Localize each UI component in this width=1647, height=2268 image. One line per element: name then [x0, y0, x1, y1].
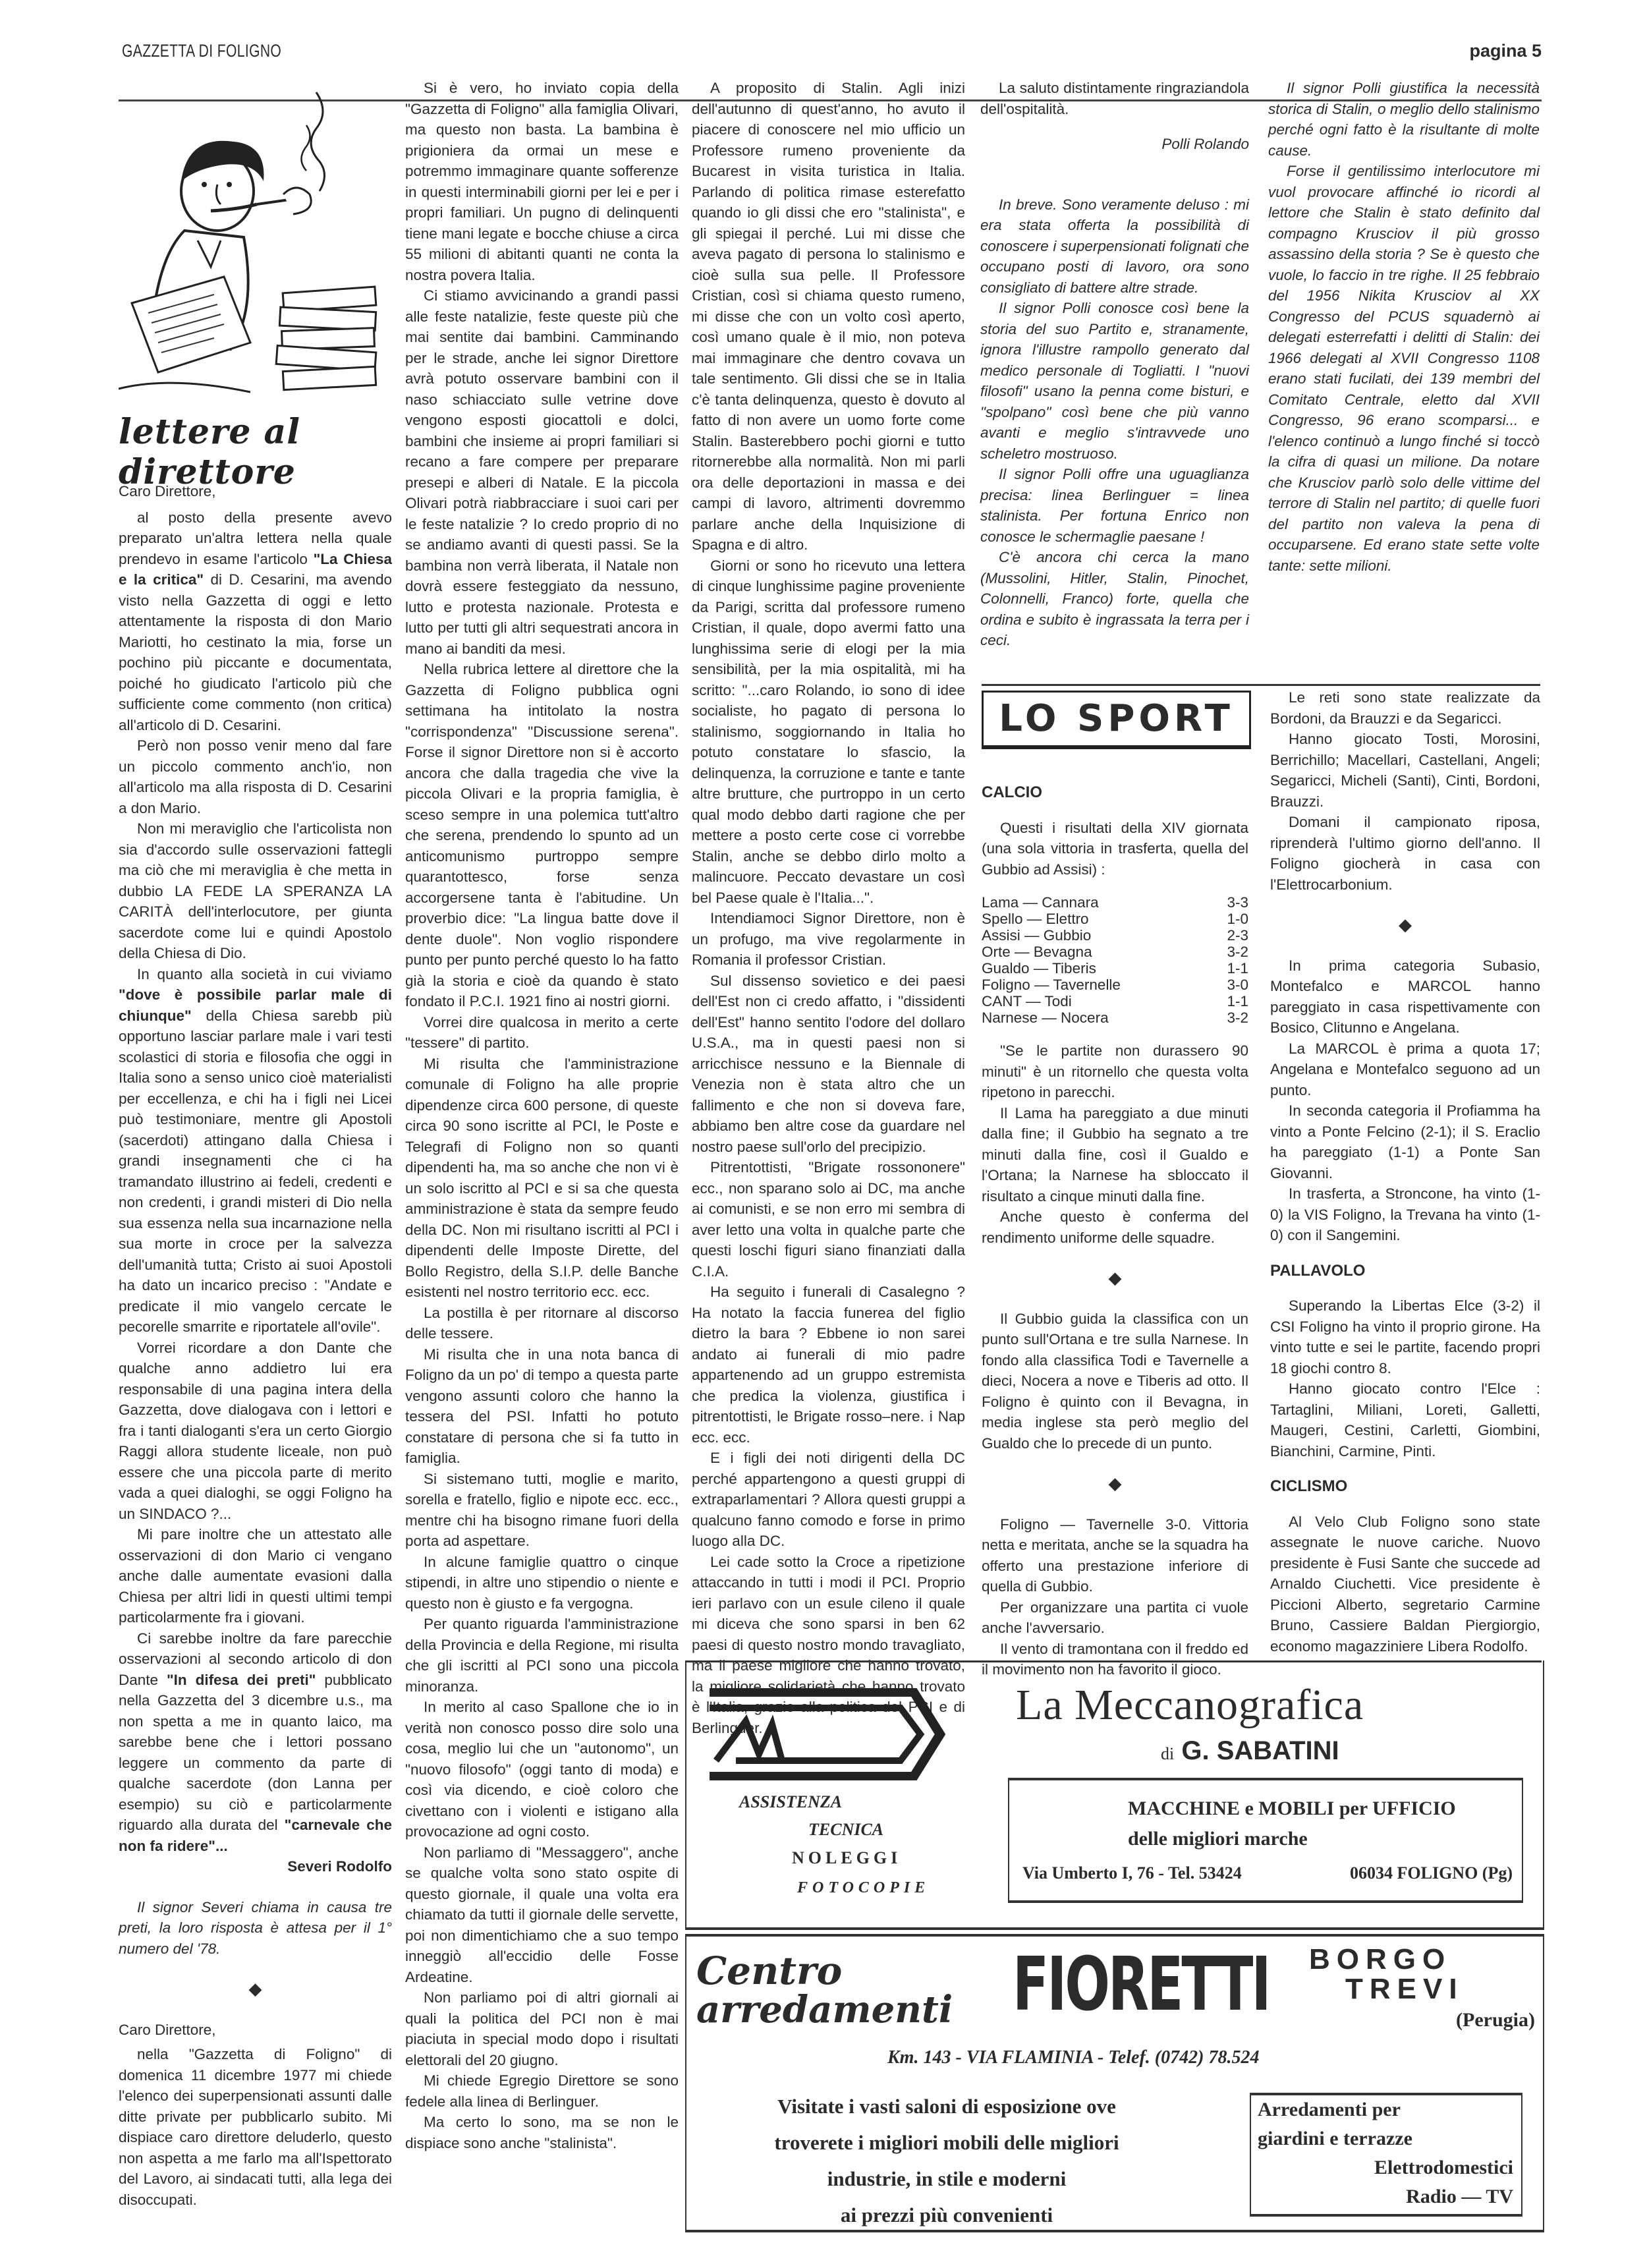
letter2-paragraph: A proposito di Stalin. Agli inizi dell'a…: [692, 78, 965, 555]
match-score: 1-1: [1213, 993, 1248, 1009]
match-teams: Assisi — Gubbio: [982, 927, 1213, 944]
match-score: 1-0: [1213, 911, 1248, 927]
ad-city: 06034 FOLIGNO (Pg): [1350, 1863, 1513, 1883]
letter1-paragraph: al posto della presente avevo preparato …: [119, 507, 392, 736]
ad-centro: Centro: [696, 1948, 842, 1993]
match-score: 3-0: [1213, 977, 1248, 993]
sport-paragraph: Il Lama ha pareggiato a due minuti dalla…: [982, 1103, 1248, 1207]
sport-column-1: CALCIO Questi i risultati della XIV gior…: [982, 768, 1248, 1680]
letter1-paragraph: Mi pare inoltre che un attestato alle os…: [119, 1524, 392, 1628]
match-teams: Gualdo — Tiberis: [982, 960, 1213, 977]
sport-paragraph: Al Velo Club Foligno sono state assegnat…: [1270, 1512, 1540, 1657]
result-row: Assisi — Gubbio2-3: [982, 927, 1248, 944]
sport-paragraph: Hanno giocato Tosti, Morosini, Berrichil…: [1270, 729, 1540, 812]
sport-paragraph: Il Gubbio guida la classifica con un pun…: [982, 1309, 1248, 1454]
column-4-top: La saluto distintamente ringraziandola d…: [980, 78, 1249, 651]
reply-paragraph: In breve. Sono veramente deluso : mi era…: [980, 194, 1249, 298]
letter1-paragraph: Vorrei ricordare a don Dante che qualche…: [119, 1338, 392, 1525]
separator-diamond: ◆: [1270, 915, 1540, 936]
ad-owner: di G. SABATINI: [1161, 1736, 1339, 1766]
sport-section-banner: LO SPORT: [982, 691, 1251, 749]
sport-paragraph: Per organizzare una partita ci vuole anc…: [982, 1597, 1248, 1639]
service-assistenza: ASSISTENZA: [739, 1792, 842, 1812]
masthead: GAZZETTA DI FOLIGNO pagina 5: [119, 38, 1542, 65]
letter1-signature: Severi Rodolfo: [119, 1856, 392, 1877]
ad-line1: MACCHINE e MOBILI per UFFICIO: [1128, 1798, 1456, 1820]
match-score: 3-3: [1213, 894, 1248, 911]
section-title-letters: lettere al direttore: [119, 412, 395, 492]
result-row: Orte — Bevagna3-2: [982, 944, 1248, 960]
match-teams: Foligno — Tavernelle: [982, 977, 1213, 993]
separator-diamond: ◆: [982, 1473, 1248, 1494]
letter2-paragraph: Ci stiamo avvicinando a grandi passi all…: [405, 285, 679, 659]
letter2-paragraph: Mi chiede Egregio Direttore se sono fede…: [405, 2070, 679, 2112]
match-score: 1-1: [1213, 960, 1248, 977]
sport-paragraph: Domani il campionato riposa, riprenderà …: [1270, 812, 1540, 895]
match-teams: Spello — Elettro: [982, 911, 1213, 927]
letter2-paragraph: Ha seguito i funerali di Casalegno ? Ha …: [692, 1282, 965, 1448]
sport-paragraph: La MARCOL è prima a quota 17; Angelana e…: [1270, 1038, 1540, 1101]
letter2-paragraph: In merito al caso Spallone che io in ver…: [405, 1697, 679, 1842]
sport-paragraph: "Se le partite non durassero 90 minuti" …: [982, 1040, 1248, 1103]
ad-trevi: TREVI: [1345, 1973, 1464, 2006]
page-number: pagina 5: [1469, 41, 1542, 61]
ad-address: Via Umberto I, 76 - Tel. 53424: [1022, 1863, 1242, 1883]
letter2-paragraph: Intendiamoci Signor Direttore, non è un …: [692, 908, 965, 971]
sport-paragraph: Hanno giocato contro l'Elce : Tartaglini…: [1270, 1378, 1540, 1461]
ad-brand-fioretti: FIORETTI: [1013, 1942, 1270, 2027]
letter1-paragraph: Ci sarebbe inoltre da fare parecchie oss…: [119, 1628, 392, 1857]
newspaper-title: GAZZETTA DI FOLIGNO: [122, 41, 281, 61]
ad-line2: delle migliori marche: [1128, 1828, 1308, 1850]
letter2-paragraph: Nella rubrica lettere al direttore che l…: [405, 659, 679, 1012]
letter2-paragraph: nella "Gazzetta di Foligno" di domenica …: [119, 2044, 392, 2210]
service-noleggi: NOLEGGI: [792, 1848, 901, 1868]
service-tecnica: TECNICA: [808, 1820, 883, 1840]
letter2-paragraph: Sul dissenso sovietico e dei paesi dell'…: [692, 971, 965, 1158]
letter2-paragraph: La postilla è per ritornare al discorso …: [405, 1303, 679, 1344]
sport-paragraph: In prima categoria Subasio, Montefalco e…: [1270, 955, 1540, 1038]
sport-paragraph: Le reti sono state realizzate da Bordoni…: [1270, 687, 1540, 729]
sport-column-2: Le reti sono state realizzate da Bordoni…: [1270, 687, 1540, 1657]
letter2-paragraph: Pitrentottisti, "Brigate rossononere" ec…: [692, 1157, 965, 1282]
service-fotocopie: FOTOCOPIE: [797, 1879, 930, 1897]
letter2-paragraph: In alcune famiglie quattro o cinque stip…: [405, 1552, 679, 1614]
result-row: Gualdo — Tiberis1-1: [982, 960, 1248, 977]
letter2-paragraph: Si sistemano tutti, moglie e marito, sor…: [405, 1469, 679, 1552]
letter1-paragraph: In quanto alla società in cui viviamo "d…: [119, 964, 392, 1338]
letter2-paragraph: Mi risulta che in una nota banca di Foli…: [405, 1344, 679, 1469]
sport-paragraph: In seconda categoria il Profiamma ha vin…: [1270, 1100, 1540, 1183]
ad-brand-name: La Meccanografica: [1016, 1680, 1364, 1730]
letter2-paragraph: Si è vero, ho inviato copia della "Gazze…: [405, 78, 679, 285]
result-row: Narnese — Nocera3-2: [982, 1009, 1248, 1026]
ad-slogan: Visitate i vasti saloni di esposizione o…: [696, 2088, 1197, 2233]
result-row: Lama — Cannara3-3: [982, 894, 1248, 911]
letter2-paragraph: Per quanto riguarda l'amministrazione de…: [405, 1614, 679, 1697]
sport-paragraph: In trasferta, a Stroncone, ha vinto (1-0…: [1270, 1183, 1540, 1246]
result-row: CANT — Todi1-1: [982, 993, 1248, 1009]
match-teams: Lama — Cannara: [982, 894, 1213, 911]
match-teams: Narnese — Nocera: [982, 1009, 1213, 1026]
letter2-paragraph: Vorrei dire qualcosa in merito a certe "…: [405, 1012, 679, 1054]
letter2-paragraph: Giorni or sono ho ricevuto una lettera d…: [692, 555, 965, 909]
reply-paragraph: C'è ancora chi cerca la mano (Mussolini,…: [980, 547, 1249, 651]
match-teams: CANT — Todi: [982, 993, 1213, 1009]
match-score: 3-2: [1213, 944, 1248, 960]
letter2-paragraph: Non parliamo poi di altri giornali ai qu…: [405, 1987, 679, 2070]
column-5-top: Il signor Polli giustifica la necessità …: [1268, 78, 1540, 576]
letter2-signature: Polli Rolando: [980, 134, 1249, 155]
letter1-paragraph: Però non posso venir meno dal fare un pi…: [119, 735, 392, 818]
ad-fioretti-box: Arredamenti per giardini e terrazze Elet…: [1250, 2093, 1522, 2217]
sport-paragraph: Foligno — Tavernelle 3-0. Vittoria netta…: [982, 1514, 1248, 1597]
sport-paragraph: Superando la Libertas Elce (3-2) il CSI …: [1270, 1295, 1540, 1378]
heading-ciclismo: CICLISMO: [1270, 1476, 1540, 1497]
column-3: A proposito di Stalin. Agli inizi dell'a…: [692, 78, 965, 1738]
meccanografica-logo-icon: [696, 1688, 947, 1780]
sport-paragraph: Questi i risultati della XIV giornata (u…: [982, 818, 1248, 880]
reader-with-letters-illustration: [119, 79, 395, 422]
ad-arredamenti: arredamenti: [696, 1988, 953, 2031]
editor-note: Il signor Severi chiama in causa tre pre…: [119, 1897, 392, 1960]
ad-fioretti: Centro arredamenti FIORETTI BORGO TREVI …: [685, 1934, 1544, 2232]
heading-pallavolo: PALLAVOLO: [1270, 1261, 1540, 1282]
ad-borgo: BORGO: [1309, 1943, 1451, 1976]
letter2-paragraph: E i figli dei noti dirigenti della DC pe…: [692, 1448, 965, 1552]
result-row: Foligno — Tavernelle3-0: [982, 977, 1248, 993]
column-2: Si è vero, ho inviato copia della "Gazze…: [405, 78, 679, 2153]
result-row: Spello — Elettro1-0: [982, 911, 1248, 927]
match-teams: Orte — Bevagna: [982, 944, 1213, 960]
football-results-table: Lama — Cannara3-3Spello — Elettro1-0Assi…: [982, 894, 1248, 1026]
heading-calcio: CALCIO: [982, 782, 1248, 803]
match-score: 3-2: [1213, 1009, 1248, 1026]
reply-paragraph: Il signor Polli conosce così bene la sto…: [980, 298, 1249, 464]
ad-province: (Perugia): [1456, 2009, 1535, 2031]
reply-paragraph: Forse il gentilissimo interlocutore mi v…: [1268, 161, 1540, 576]
ad-info-box: MACCHINE e MOBILI per UFFICIO delle migl…: [1008, 1778, 1523, 1903]
letter2-greeting: Caro Direttore,: [119, 2020, 392, 2041]
separator-diamond: ◆: [119, 1979, 392, 2000]
reply-paragraph: Il signor Polli offre una uguaglianza pr…: [980, 464, 1249, 547]
ad-meccanografica: ASSISTENZA TECNICA NOLEGGI FOTOCOPIE La …: [685, 1660, 1544, 1930]
letter2-paragraph: Mi risulta che l'amministrazione comunal…: [405, 1054, 679, 1303]
letter1-greeting: Caro Direttore,: [119, 481, 392, 502]
match-score: 2-3: [1213, 927, 1248, 944]
ad-fioretti-address: Km. 143 - VIA FLAMINIA - Telef. (0742) 7…: [887, 2047, 1259, 2068]
separator-diamond: ◆: [982, 1268, 1248, 1289]
letter1-paragraph: Non mi meraviglio che l'articolista non …: [119, 818, 392, 964]
letter2-paragraph: La saluto distintamente ringraziandola d…: [980, 78, 1249, 119]
sport-top-rule: [982, 684, 1540, 686]
letter2-paragraph: Non parliamo di "Messaggero", anche se q…: [405, 1842, 679, 1988]
column-1: Caro Direttore, al posto della presente …: [119, 481, 392, 2210]
reply-paragraph: Il signor Polli giustifica la necessità …: [1268, 78, 1540, 161]
sport-paragraph: Anche questo è conferma del rendimento u…: [982, 1206, 1248, 1248]
letter2-paragraph: Ma certo lo sono, ma se non le dispiace …: [405, 2112, 679, 2153]
